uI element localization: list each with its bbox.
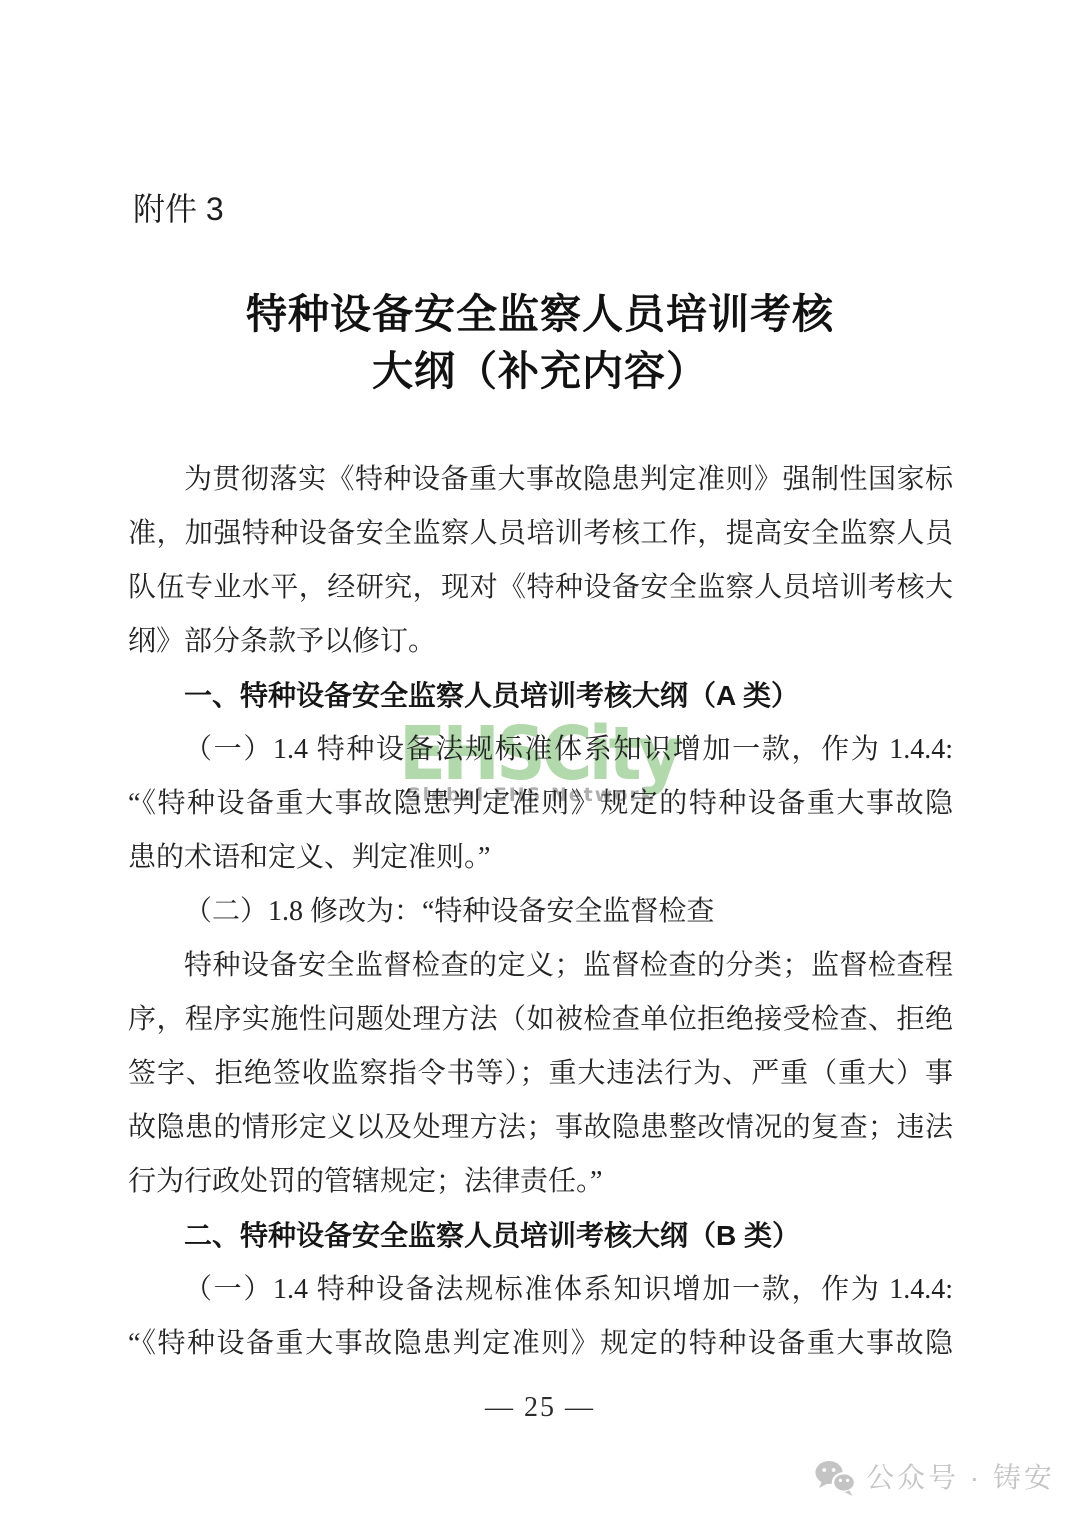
text-line: （一）1.4 特种设备法规标准体系知识增加一款，作为 1.4.4: — [128, 1263, 953, 1317]
text-line: 序，程序实施性问题处理方法（如被检查单位拒绝接受检查、拒绝 — [128, 993, 953, 1047]
wechat-label: 公众号 · 铸安 — [866, 1459, 1055, 1497]
text-line: 为贯彻落实《特种设备重大事故隐患判定准则》强制性国家标 — [128, 453, 953, 507]
title-line-2: 大纲（补充内容） — [0, 343, 1080, 400]
wechat-icon — [814, 1460, 856, 1497]
text-line: 队伍专业水平，经研究，现对《特种设备安全监察人员培训考核大 — [128, 561, 953, 615]
text-line: 签字、拒绝签收监察指令书等）；重大违法行为、严重（重大）事 — [128, 1047, 953, 1101]
text-line: “《特种设备重大事故隐患判定准则》规定的特种设备重大事故隐 — [128, 777, 953, 831]
text-line: 患的术语和定义、判定准则。” — [128, 831, 953, 885]
section-heading-b: 二、特种设备安全监察人员培训考核大纲（B 类） — [128, 1209, 953, 1263]
text-line: 特种设备安全监督检查的定义；监督检查的分类；监督检查程 — [128, 939, 953, 993]
document-body: 为贯彻落实《特种设备重大事故隐患判定准则》强制性国家标 准，加强特种设备安全监察… — [128, 453, 953, 1371]
page-title: 特种设备安全监察人员培训考核 大纲（补充内容） — [0, 286, 1080, 400]
attachment-label: 附件 3 — [133, 190, 224, 228]
text-line: 行为行政处罚的管辖规定；法律责任。” — [128, 1155, 953, 1209]
text-line: （二）1.8 修改为：“特种设备安全监督检查 — [128, 885, 953, 939]
title-line-1: 特种设备安全监察人员培训考核 — [0, 286, 1080, 343]
text-line: 纲》部分条款予以修订。 — [128, 615, 953, 669]
text-line: 故隐患的情形定义以及处理方法；事故隐患整改情况的复查；违法 — [128, 1101, 953, 1155]
section-heading-a: 一、特种设备安全监察人员培训考核大纲（A 类） — [128, 669, 953, 723]
document-page: 附件 3 特种设备安全监察人员培训考核 大纲（补充内容） EHSCity Glo… — [0, 0, 1080, 1527]
wechat-watermark: 公众号 · 铸安 — [814, 1459, 1055, 1497]
text-line: “《特种设备重大事故隐患判定准则》规定的特种设备重大事故隐 — [128, 1317, 953, 1371]
page-number: — 25 — — [0, 1390, 1080, 1426]
text-line: （一）1.4 特种设备法规标准体系知识增加一款，作为 1.4.4: — [128, 723, 953, 777]
text-line: 准，加强特种设备安全监察人员培训考核工作，提高安全监察人员 — [128, 507, 953, 561]
